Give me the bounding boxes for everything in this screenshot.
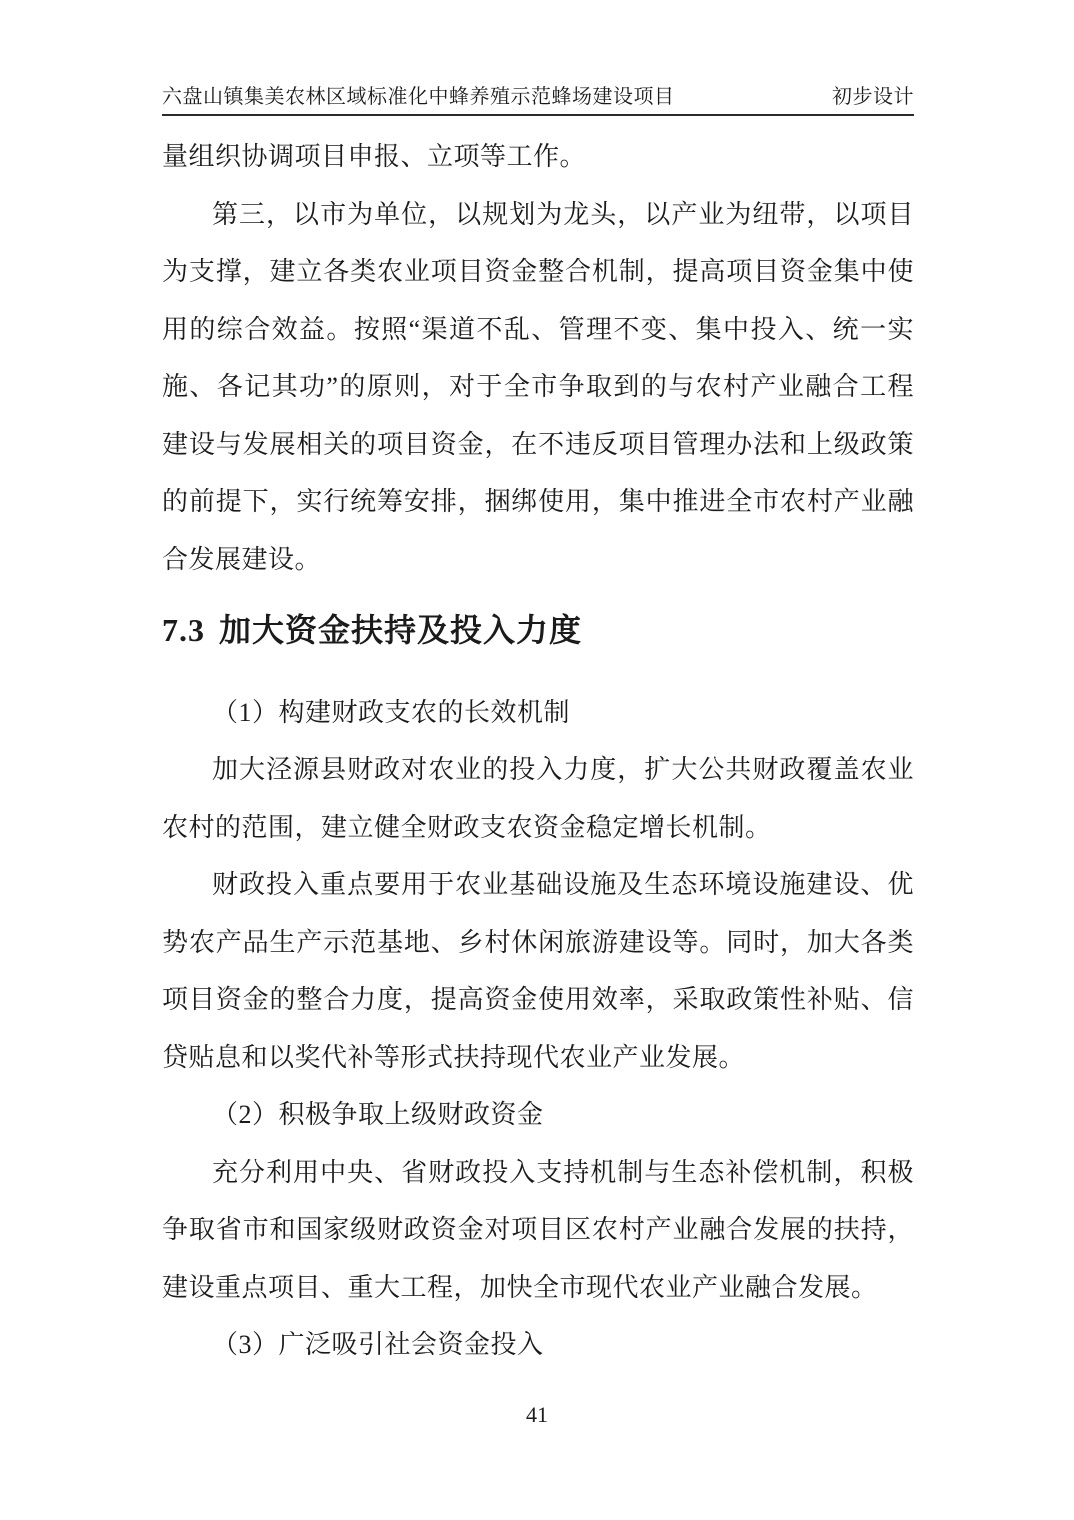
text-line: 争取省市和国家级财政资金对项目区农村产业融合发展的扶持， (162, 1201, 914, 1259)
text-line: 的前提下，实行统筹安排，捆绑使用，集中推进全市农村产业融 (162, 473, 914, 531)
header-doc-stage-label: 初步设计 (832, 84, 914, 110)
text-line: 用的综合效益。按照“渠道不乱、管理不变、集中投入、统一实 (162, 301, 914, 359)
text-line: 合发展建设。 (162, 531, 914, 589)
header-project-title: 六盘山镇集美农林区域标准化中蜂养殖示范蜂场建设项目 (162, 84, 675, 110)
text-line: 第三，以市为单位，以规划为龙头，以产业为纽带，以项目 (162, 186, 914, 244)
text-line: 建设与发展相关的项目资金，在不违反项目管理办法和上级政策 (162, 416, 914, 474)
text-line: 为支撑，建立各类农业项目资金整合机制，提高项目资金集中使 (162, 243, 914, 301)
text-line: 势农产品生产示范基地、乡村休闲旅游建设等。同时，加大各类 (162, 914, 914, 972)
text-line: （1）构建财政支农的长效机制 (162, 684, 914, 742)
text-line: 充分利用中央、省财政投入支持机制与生态补偿机制，积极 (162, 1144, 914, 1202)
document-page: 六盘山镇集美农林区域标准化中蜂养殖示范蜂场建设项目 初步设计 量组织协调项目申报… (0, 0, 1074, 1520)
text-line: 量组织协调项目申报、立项等工作。 (162, 128, 914, 186)
text-line: 财政投入重点要用于农业基础设施及生态环境设施建设、优 (162, 856, 914, 914)
section-number: 7.3 (162, 612, 205, 648)
page-number: 41 (526, 1402, 548, 1427)
text-line: （3）广泛吸引社会资金投入 (162, 1316, 914, 1374)
text-line: 贷贴息和以奖代补等形式扶持现代农业产业发展。 (162, 1029, 914, 1087)
text-line: 建设重点项目、重大工程，加快全市现代农业产业融合发展。 (162, 1259, 914, 1317)
document-body: 量组织协调项目申报、立项等工作。第三，以市为单位，以规划为龙头，以产业为纽带，以… (162, 116, 914, 1374)
text-line: 项目资金的整合力度，提高资金使用效率，采取政策性补贴、信 (162, 971, 914, 1029)
text-line: （2）积极争取上级财政资金 (162, 1086, 914, 1144)
text-line: 施、各记其功”的原则，对于全市争取到的与农村产业融合工程 (162, 358, 914, 416)
text-line: 农村的范围，建立健全财政支农资金稳定增长机制。 (162, 799, 914, 857)
section-title: 加大资金扶持及投入力度 (219, 612, 582, 648)
page-header: 六盘山镇集美农林区域标准化中蜂养殖示范蜂场建设项目 初步设计 (162, 0, 914, 116)
text-line: 加大泾源县财政对农业的投入力度，扩大公共财政覆盖农业 (162, 741, 914, 799)
section-heading: 7.3加大资金扶持及投入力度 (162, 602, 914, 660)
page-footer: 41 (0, 1400, 1074, 1430)
